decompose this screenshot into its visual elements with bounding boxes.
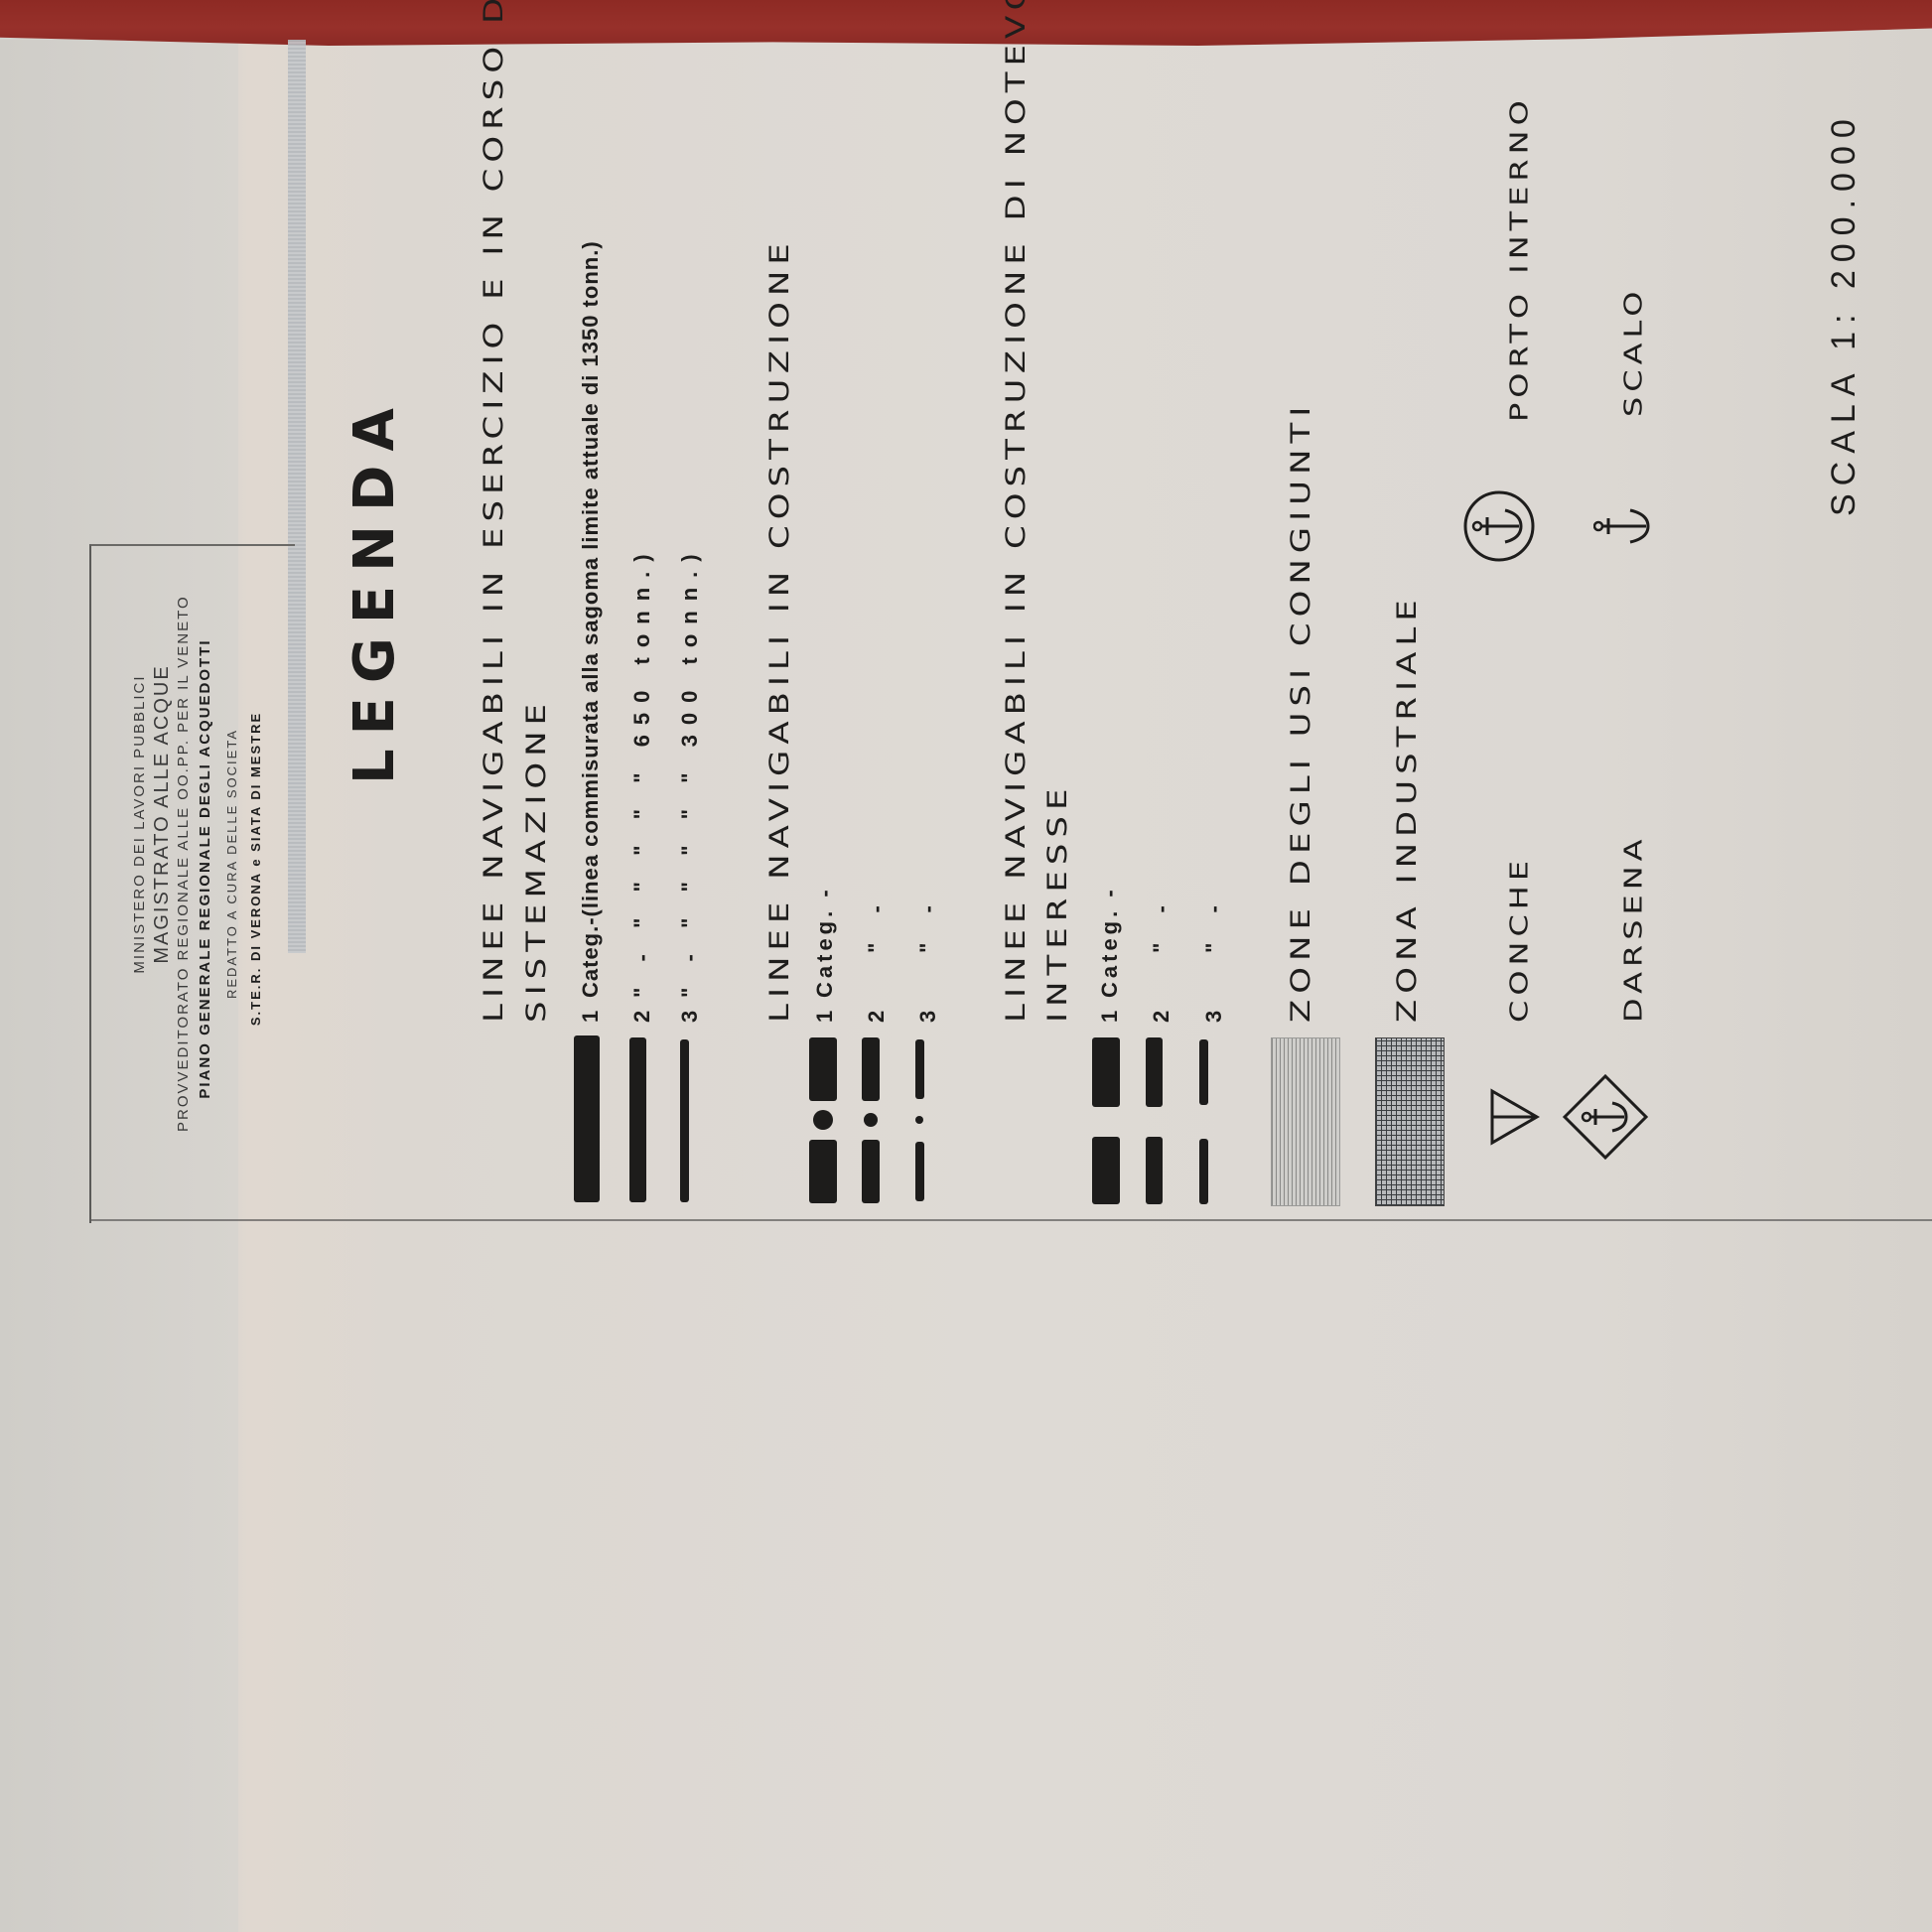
line-symbol-segment bbox=[1146, 1137, 1163, 1204]
header-line-societa: S.TE.R. DI VERONA e SIATA DI MESTRE bbox=[248, 616, 263, 1122]
section3-row-text: " - bbox=[1201, 894, 1227, 953]
line-symbol-cat1-interesse bbox=[1092, 1037, 1120, 1107]
section2-row-text: " - bbox=[915, 894, 941, 953]
symbol-label-conche: CONCHE bbox=[1504, 856, 1534, 1023]
header-line-redatto: REDATTO A CURA DELLE SOCIETA bbox=[224, 625, 239, 1102]
section1-row-text: " - " " " " " 650 tonn.) bbox=[629, 544, 655, 998]
section3-row-text: " - bbox=[1149, 894, 1174, 953]
section3-row-num: 3 bbox=[1201, 1010, 1227, 1023]
line-symbol-segment bbox=[862, 1140, 880, 1203]
section1-heading: LINEE NAVIGABILI IN ESERCIZIO E IN CORSO… bbox=[479, 0, 509, 1023]
line-symbol-segment bbox=[1199, 1139, 1208, 1204]
line-symbol-cat1-costruzione bbox=[809, 1037, 837, 1101]
section1-row-num: 1 bbox=[578, 1010, 604, 1023]
symbol-label-scalo: SCALO bbox=[1618, 287, 1648, 417]
frame-line bbox=[89, 1219, 1932, 1221]
symbol-label-darsena: DARSENA bbox=[1618, 834, 1648, 1023]
line-symbol-dot bbox=[813, 1110, 833, 1130]
header-line-magistrato: MAGISTRATO ALLE ACQUE bbox=[151, 566, 174, 1062]
section1-row-text: Categ.-(linea commisurata alla sagoma li… bbox=[578, 240, 604, 998]
zone-label-usi-congiunti: ZONE DEGLI USI CONGIUNTI bbox=[1286, 401, 1316, 1023]
section1-row-num: 3 bbox=[677, 1010, 703, 1023]
zone-pattern-usi-congiunti bbox=[1271, 1037, 1340, 1206]
section1-heading-cont: SISTEMAZIONE bbox=[521, 698, 552, 1023]
zone-pattern-industriale bbox=[1375, 1037, 1445, 1206]
line-symbol-segment bbox=[809, 1140, 837, 1203]
section2-row-num: 3 bbox=[915, 1010, 941, 1023]
section2-row-num: 2 bbox=[864, 1010, 890, 1023]
section3-row-num: 2 bbox=[1149, 1010, 1174, 1023]
map-scale: SCALA 1: 200.000 bbox=[1825, 111, 1863, 516]
section1-row-num: 2 bbox=[629, 1010, 655, 1023]
line-symbol-cat3-costruzione bbox=[915, 1039, 924, 1099]
section3-heading-cont: INTERESSE bbox=[1042, 783, 1073, 1023]
section2-heading: LINEE NAVIGABILI IN COSTRUZIONE bbox=[764, 237, 795, 1023]
header-line-piano-generale: PIANO GENERALE REGIONALE DEGLI ACQUEDOTT… bbox=[197, 606, 213, 1132]
line-symbol-cat2-costruzione bbox=[862, 1037, 880, 1101]
header-box bbox=[89, 544, 295, 1223]
lock-triangle-icon bbox=[1487, 1087, 1543, 1147]
section3-row-num: 1 bbox=[1097, 1010, 1123, 1023]
header-line-provveditorato: PROVVEDITORATO REGIONALE ALLE OO.PP. PER… bbox=[175, 606, 192, 1132]
circled-anchor-icon bbox=[1459, 486, 1539, 566]
line-symbol-segment bbox=[915, 1142, 924, 1201]
legend-title: LEGENDA bbox=[343, 394, 407, 784]
section3-heading: LINEE NAVIGABILI IN COSTRUZIONE DI NOTEV… bbox=[1001, 0, 1032, 1023]
header-line-ministero: MINISTERO DEI LAVORI PUBBLICI bbox=[131, 566, 148, 1082]
line-symbol-dot bbox=[915, 1116, 923, 1124]
section2-row-num: 1 bbox=[812, 1010, 838, 1023]
line-symbol-cat3-interesse bbox=[1199, 1039, 1208, 1105]
line-symbol-cat1-esercizio bbox=[574, 1035, 600, 1202]
section2-row-text: " - bbox=[864, 894, 890, 953]
zone-label-industriale: ZONA INDUSTRIALE bbox=[1392, 594, 1423, 1023]
line-symbol-segment bbox=[1092, 1137, 1120, 1204]
anchor-icon bbox=[1593, 491, 1653, 561]
line-symbol-cat2-interesse bbox=[1146, 1037, 1163, 1107]
line-symbol-cat3-esercizio bbox=[680, 1039, 689, 1202]
section1-row-text: " - " " " " " 300 tonn.) bbox=[677, 544, 703, 998]
symbol-label-porto-interno: PORTO INTERNO bbox=[1504, 95, 1534, 422]
diamond-anchor-icon bbox=[1561, 1072, 1650, 1162]
section2-row-text: Categ. - bbox=[812, 886, 838, 998]
section3-row-text: Categ. - bbox=[1097, 886, 1123, 998]
line-symbol-dot bbox=[864, 1113, 878, 1127]
line-symbol-cat2-esercizio bbox=[629, 1037, 646, 1202]
